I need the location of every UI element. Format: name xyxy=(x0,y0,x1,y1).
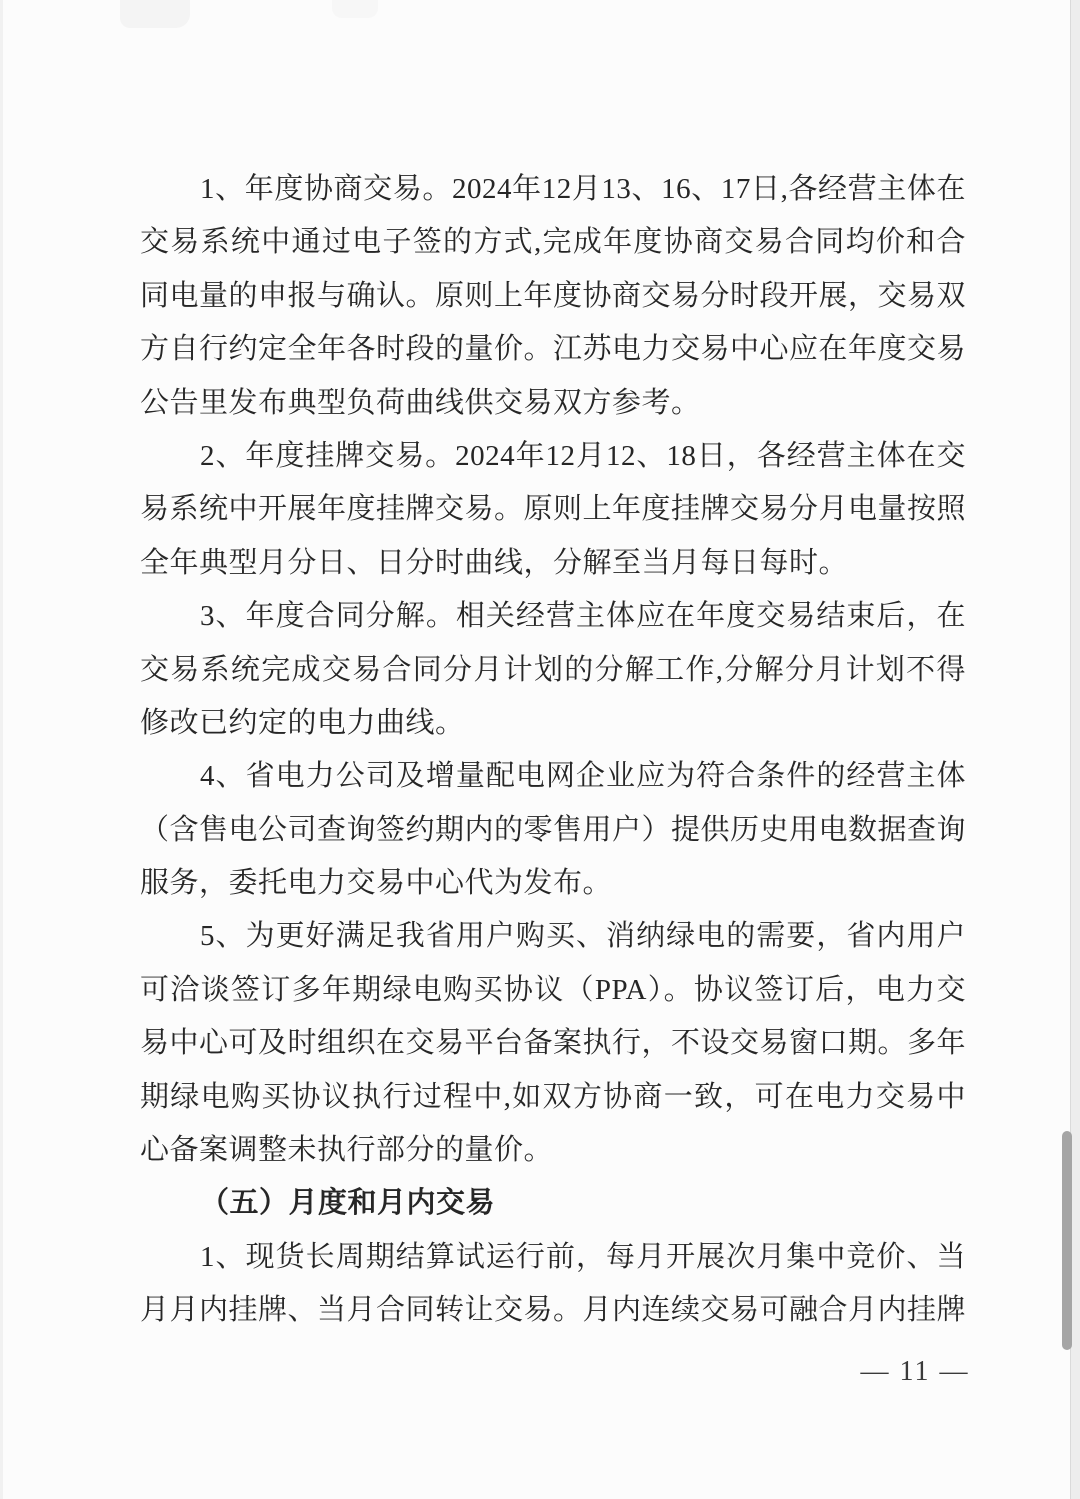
scrollbar-thumb[interactable] xyxy=(1062,1131,1072,1350)
document-body: 1、年度协商交易。2024年12月13、16、17日,各经营主体在 交易系统中通… xyxy=(140,163,966,1338)
text-line: 5、为更好满足我省用户购买、消纳绿电的需要，省内用户 xyxy=(140,910,966,963)
scan-smudge xyxy=(120,0,190,28)
text-line: 服务，委托电力交易中心代为发布。 xyxy=(140,857,966,910)
text-line: 1、年度协商交易。2024年12月13、16、17日,各经营主体在 xyxy=(140,163,966,216)
text-line: 1、现货长周期结算试运行前，每月开展次月集中竞价、当 xyxy=(140,1231,966,1284)
section-heading: （五）月度和月内交易 xyxy=(140,1177,966,1230)
text-line: 3、年度合同分解。相关经营主体应在年度交易结束后，在 xyxy=(140,590,966,643)
text-line: 同电量的申报与确认。原则上年度协商交易分时段开展，交易双 xyxy=(140,270,966,323)
text-line: 方自行约定全年各时段的量价。江苏电力交易中心应在年度交易 xyxy=(140,323,966,376)
text-line: 易系统中开展年度挂牌交易。原则上年度挂牌交易分月电量按照 xyxy=(140,483,966,536)
text-line: 易中心可及时组织在交易平台备案执行，不设交易窗口期。多年 xyxy=(140,1017,966,1070)
text-line: 修改已约定的电力曲线。 xyxy=(140,697,966,750)
document-page: 1、年度协商交易。2024年12月13、16、17日,各经营主体在 交易系统中通… xyxy=(0,0,1080,1499)
text-line: 可洽谈签订多年期绿电购买协议（PPA）。协议签订后，电力交 xyxy=(140,964,966,1017)
text-line: 月月内挂牌、当月合同转让交易。月内连续交易可融合月内挂牌 xyxy=(140,1284,966,1337)
text-line: （含售电公司查询签约期内的零售用户）提供历史用电数据查询 xyxy=(140,804,966,857)
page-edge-left xyxy=(0,0,3,1499)
text-line: 4、省电力公司及增量配电网企业应为符合条件的经营主体 xyxy=(140,750,966,803)
text-line: 交易系统完成交易合同分月计划的分解工作,分解分月计划不得 xyxy=(140,644,966,697)
text-line: 公告里发布典型负荷曲线供交易双方参考。 xyxy=(140,377,966,430)
text-line: 心备案调整未执行部分的量价。 xyxy=(140,1124,966,1177)
scan-smudge xyxy=(332,0,378,18)
page-number: — 11 — xyxy=(850,1352,980,1392)
text-line: 2、年度挂牌交易。2024年12月12、18日，各经营主体在交 xyxy=(140,430,966,483)
text-line: 期绿电购买协议执行过程中,如双方协商一致，可在电力交易中 xyxy=(140,1071,966,1124)
text-line: 全年典型月分日、日分时曲线，分解至当月每日每时。 xyxy=(140,537,966,590)
text-line: 交易系统中通过电子签的方式,完成年度协商交易合同均价和合 xyxy=(140,216,966,269)
